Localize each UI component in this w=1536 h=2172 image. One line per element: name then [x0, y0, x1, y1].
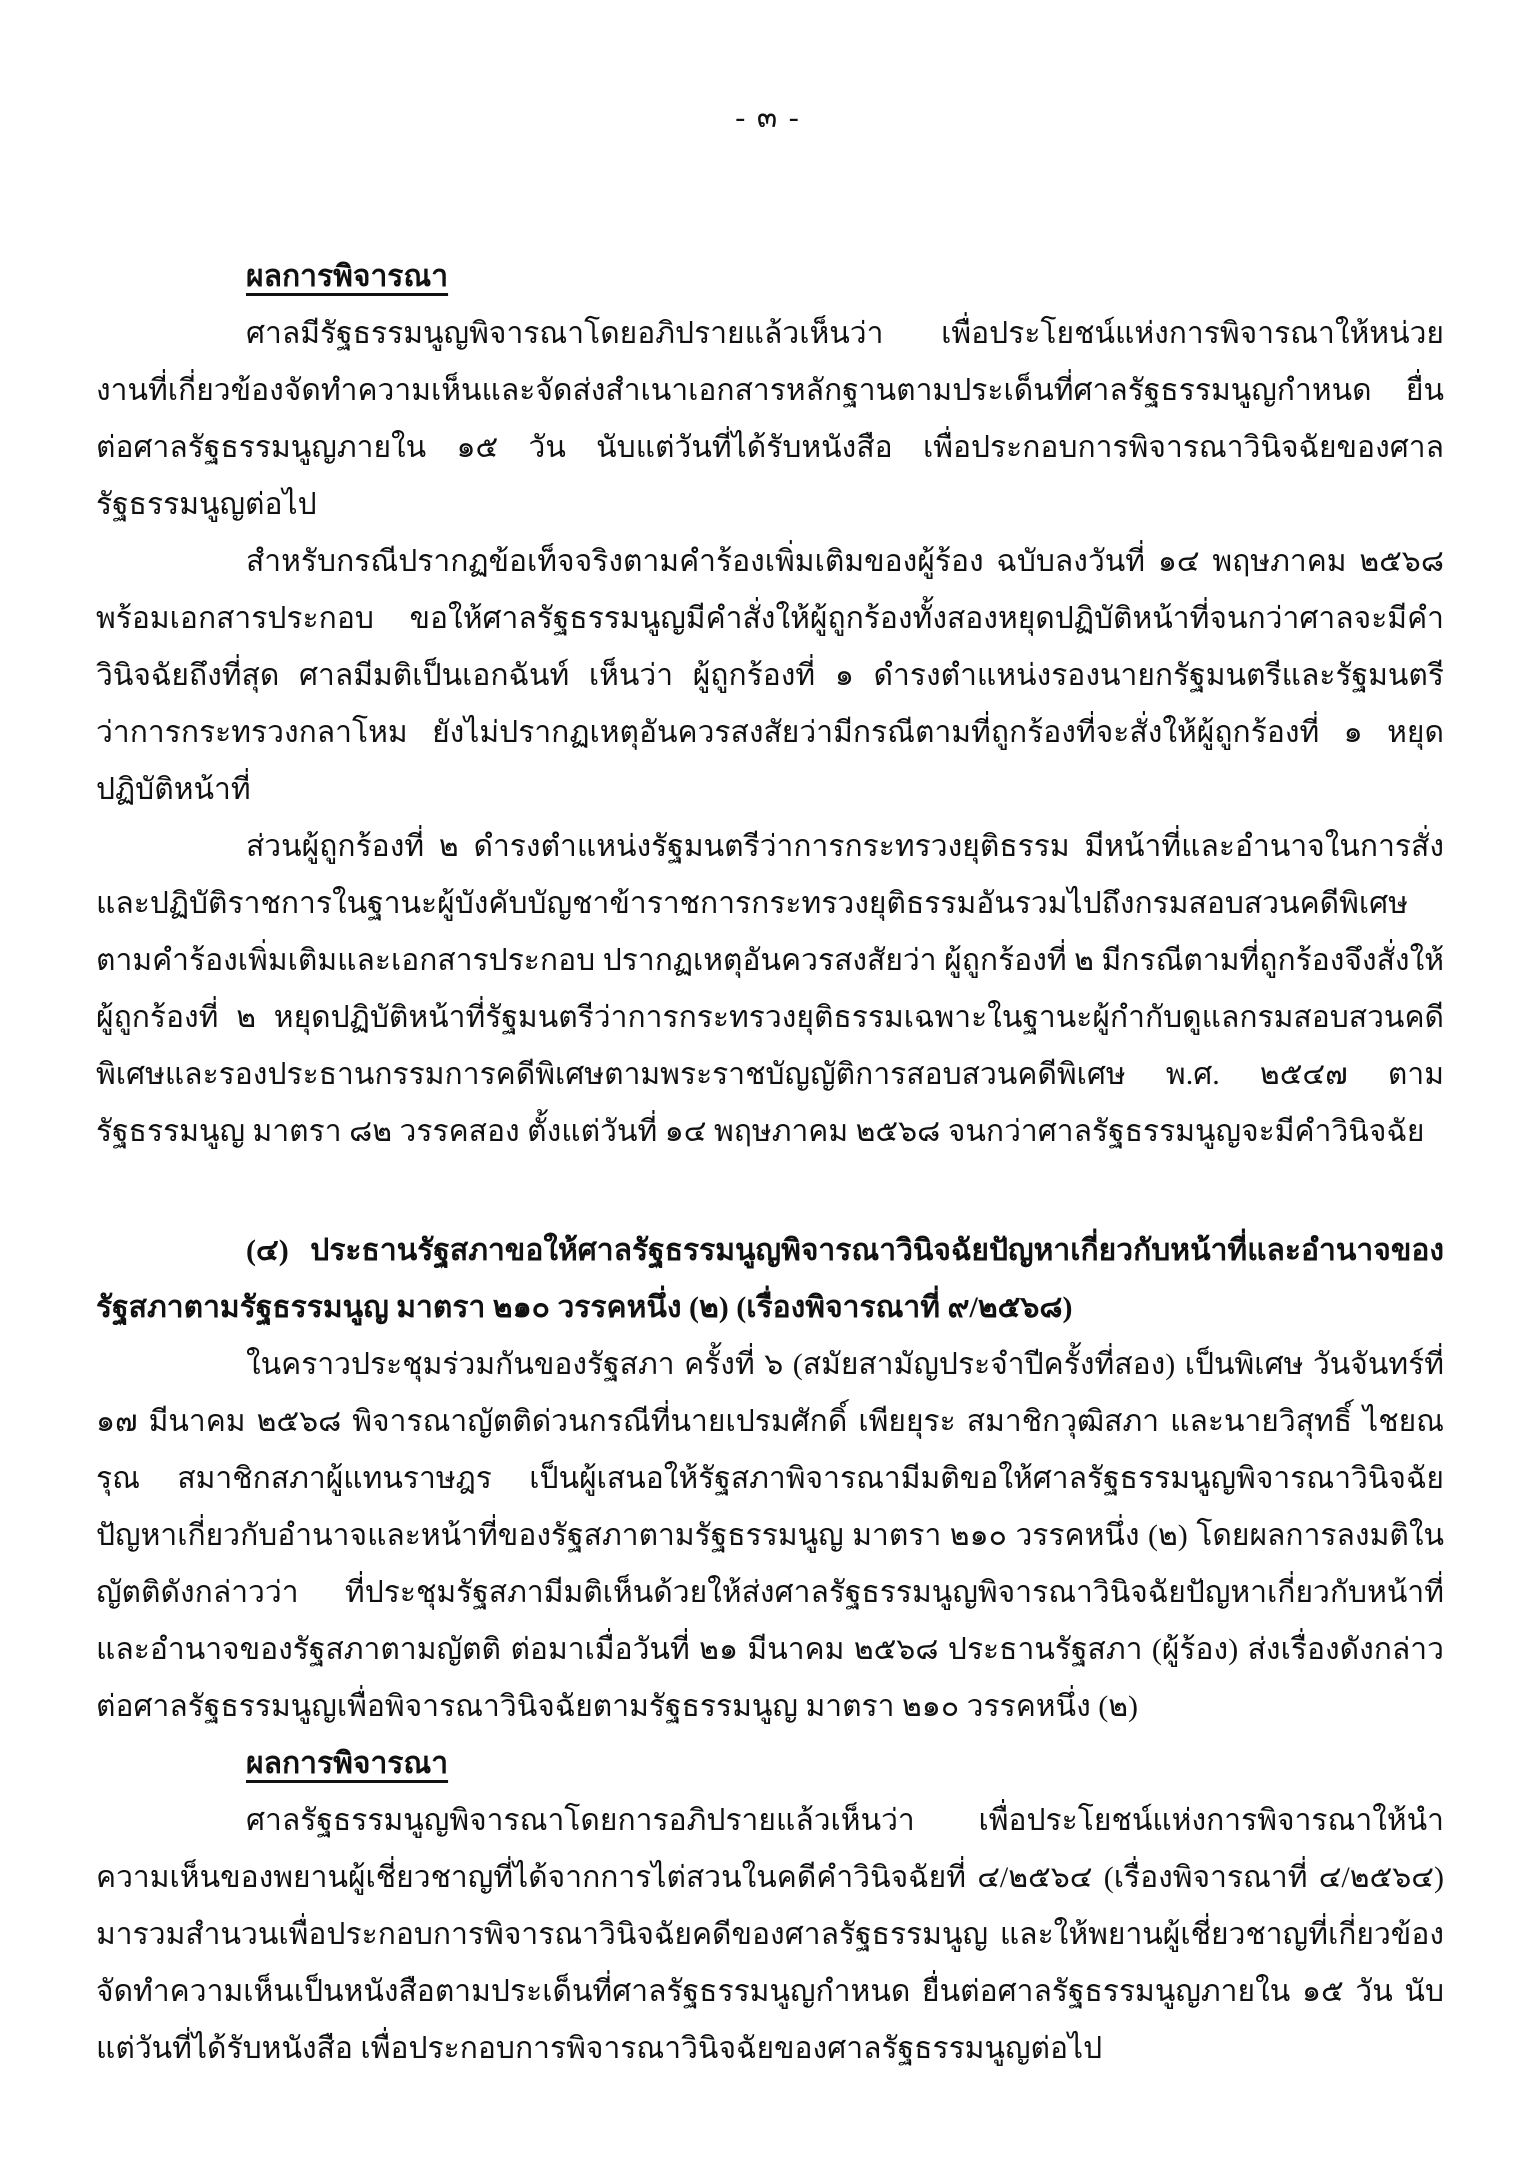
paragraph-court-opinion: ศาลมีรัฐธรรมนูญพิจารณาโดยอภิปรายแล้วเห็น… [96, 305, 1444, 533]
result-heading-2-text: ผลการพิจารณา [246, 1747, 448, 1780]
page-number: - ๓ - [0, 0, 1536, 136]
agenda-item-4-heading: (๔) ประธานรัฐสภาขอให้ศาลรัฐธรรมนูญพิจารณ… [96, 1222, 1444, 1336]
result-heading-1: ผลการพิจารณา [96, 248, 1444, 305]
paragraph-respondent-two-suspension: ส่วนผู้ถูกร้องที่ ๒ ดำรงตำแหน่งรัฐมนตรีว… [96, 818, 1444, 1160]
paragraph-additional-petition: สำหรับกรณีปรากฏข้อเท็จจริงตามคำร้องเพิ่ม… [96, 533, 1444, 818]
document-page: - ๓ - ผลการพิจารณา ศาลมีรัฐธรรมนูญพิจารณ… [0, 0, 1536, 2172]
document-content: ผลการพิจารณา ศาลมีรัฐธรรมนูญพิจารณาโดยอภ… [96, 248, 1444, 2077]
result-heading-2: ผลการพิจารณา [96, 1735, 1444, 1792]
result-heading-1-text: ผลการพิจารณา [246, 260, 448, 293]
paragraph-expert-opinions: ศาลรัฐธรรมนูญพิจารณาโดยการอภิปรายแล้วเห็… [96, 1792, 1444, 2077]
paragraph-parliament-motion: ในคราวประชุมร่วมกันของรัฐสภา ครั้งที่ ๖ … [96, 1336, 1444, 1735]
